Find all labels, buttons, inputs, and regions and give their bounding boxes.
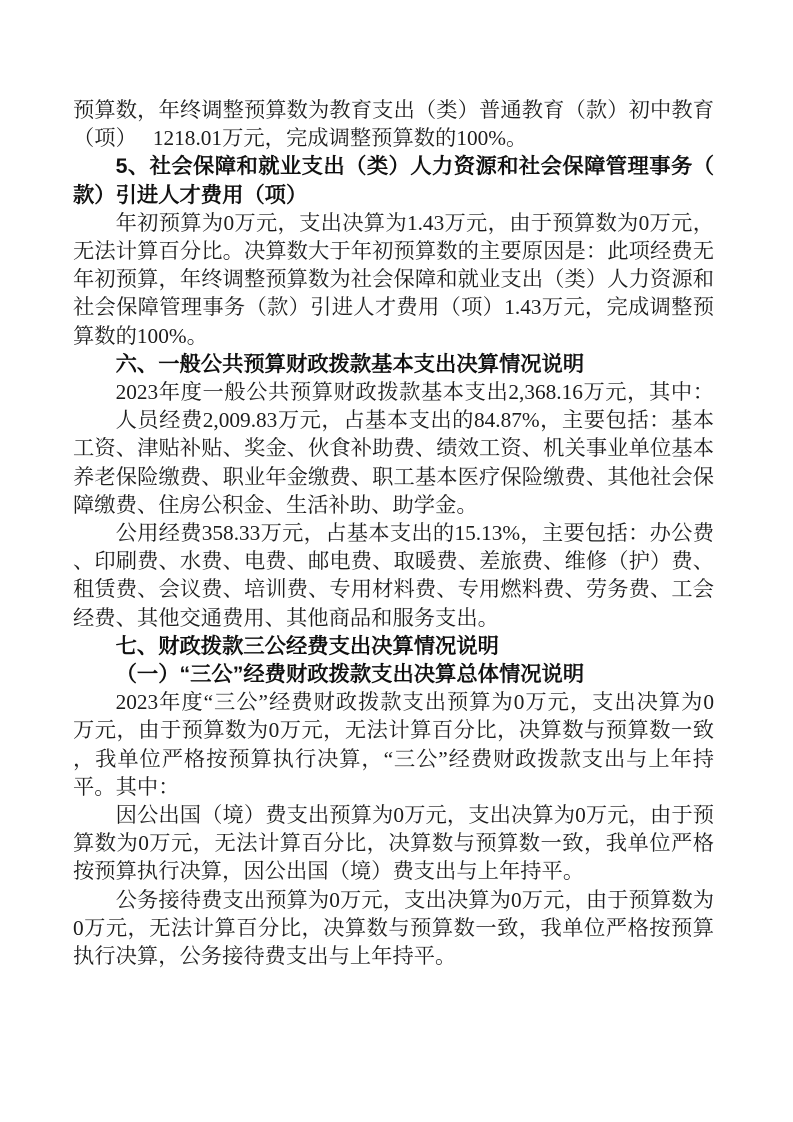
- text-line: 公务接待费支出预算为0万元，支出决算为0万元，由于预算数为: [73, 886, 714, 914]
- text-line: 经费、其他交通费用、其他商品和服务支出。: [73, 604, 714, 632]
- text-line: 年初预算，年终调整预算数为社会保障和就业支出（类）人力资源和: [73, 265, 714, 293]
- text-line: 2023年度一般公共预算财政拨款基本支出2,368.16万元，其中：: [73, 378, 714, 406]
- text-line: 平。其中：: [73, 773, 714, 801]
- text-line: 障缴费、住房公积金、生活补助、助学金。: [73, 491, 714, 519]
- paragraph: 预算数，年终调整预算数为教育支出（类）普通教育（款）初中教育（项） 1218.0…: [73, 96, 714, 152]
- text-line: 预算数，年终调整预算数为教育支出（类）普通教育（款）初中教育: [73, 96, 714, 124]
- page-content: 预算数，年终调整预算数为教育支出（类）普通教育（款）初中教育（项） 1218.0…: [73, 96, 714, 970]
- text-line: 算数为0万元，无法计算百分比，决算数与预算数一致，我单位严格: [73, 829, 714, 857]
- text-line: （一）“三公”经费财政拨款支出决算总体情况说明: [73, 660, 714, 688]
- text-line: 七、财政拨款三公经费支出决算情况说明: [73, 632, 714, 660]
- text-line: 2023年度“三公”经费财政拨款支出预算为0万元，支出决算为0: [73, 688, 714, 716]
- text-line: 因公出国（境）费支出预算为0万元，支出决算为0万元，由于预: [73, 801, 714, 829]
- text-line: 无法计算百分比。决算数大于年初预算数的主要原因是：此项经费无: [73, 237, 714, 265]
- paragraph: 公务接待费支出预算为0万元，支出决算为0万元，由于预算数为0万元，无法计算百分比…: [73, 886, 714, 971]
- paragraph: 公用经费358.33万元，占基本支出的15.13%，主要包括：办公费、印刷费、水…: [73, 519, 714, 632]
- text-line: 执行决算，公务接待费支出与上年持平。: [73, 942, 714, 970]
- text-line: 5、社会保障和就业支出（类）人力资源和社会保障管理事务（: [73, 152, 714, 180]
- section-heading: （一）“三公”经费财政拨款支出决算总体情况说明: [73, 660, 714, 688]
- text-line: 租赁费、会议费、培训费、专用材料费、专用燃料费、劳务费、工会: [73, 575, 714, 603]
- section-heading: 七、财政拨款三公经费支出决算情况说明: [73, 632, 714, 660]
- text-line: 人员经费2,009.83万元，占基本支出的84.87%，主要包括：基本: [73, 406, 714, 434]
- text-line: 养老保险缴费、职业年金缴费、职工基本医疗保险缴费、其他社会保: [73, 463, 714, 491]
- section-heading: 5、社会保障和就业支出（类）人力资源和社会保障管理事务（款）引进人才费用（项）: [73, 152, 714, 208]
- text-line: （项） 1218.01万元，完成调整预算数的100%。: [73, 124, 714, 152]
- paragraph: 年初预算为0万元，支出决算为1.43万元，由于预算数为0万元，无法计算百分比。决…: [73, 209, 714, 350]
- paragraph: 因公出国（境）费支出预算为0万元，支出决算为0万元，由于预算数为0万元，无法计算…: [73, 801, 714, 886]
- text-line: 六、一般公共预算财政拨款基本支出决算情况说明: [73, 350, 714, 378]
- paragraph: 2023年度一般公共预算财政拨款基本支出2,368.16万元，其中：: [73, 378, 714, 406]
- text-line: 年初预算为0万元，支出决算为1.43万元，由于预算数为0万元，: [73, 209, 714, 237]
- text-line: 社会保障管理事务（款）引进人才费用（项）1.43万元，完成调整预: [73, 293, 714, 321]
- paragraph: 2023年度“三公”经费财政拨款支出预算为0万元，支出决算为0万元，由于预算数为…: [73, 688, 714, 801]
- document-page: 预算数，年终调整预算数为教育支出（类）普通教育（款）初中教育（项） 1218.0…: [0, 0, 793, 1122]
- paragraph: 人员经费2,009.83万元，占基本支出的84.87%，主要包括：基本工资、津贴…: [73, 406, 714, 519]
- text-line: 算数的100%。: [73, 322, 714, 350]
- text-line: ，我单位严格按预算执行决算，“三公”经费财政拨款支出与上年持: [73, 745, 714, 773]
- text-line: 工资、津贴补贴、奖金、伙食补助费、绩效工资、机关事业单位基本: [73, 434, 714, 462]
- text-line: 公用经费358.33万元，占基本支出的15.13%，主要包括：办公费: [73, 519, 714, 547]
- text-line: 0万元，无法计算百分比，决算数与预算数一致，我单位严格按预算: [73, 914, 714, 942]
- text-line: 万元，由于预算数为0万元，无法计算百分比，决算数与预算数一致: [73, 716, 714, 744]
- section-heading: 六、一般公共预算财政拨款基本支出决算情况说明: [73, 350, 714, 378]
- text-line: 按预算执行决算，因公出国（境）费支出与上年持平。: [73, 857, 714, 885]
- text-line: 款）引进人才费用（项）: [73, 181, 714, 209]
- text-line: 、印刷费、水费、电费、邮电费、取暖费、差旅费、维修（护）费、: [73, 547, 714, 575]
